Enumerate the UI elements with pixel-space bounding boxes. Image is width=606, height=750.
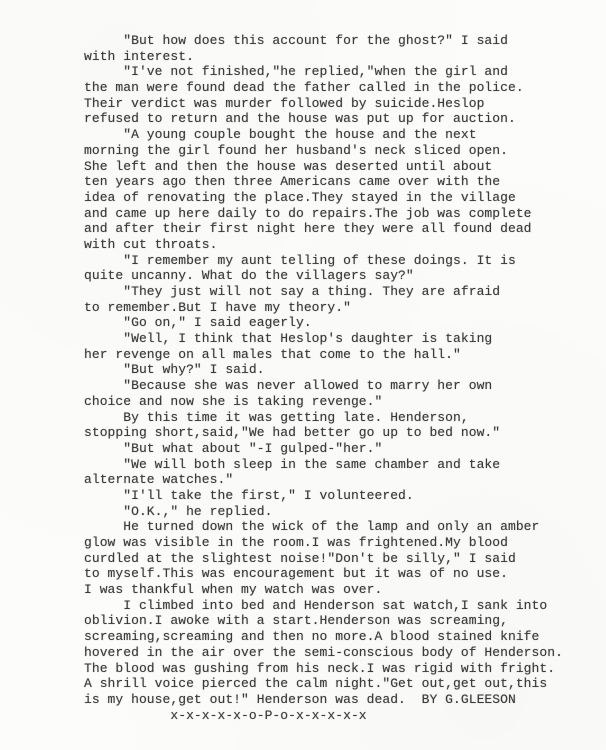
text-line: A shrill voice pierced the calm night."G… xyxy=(84,676,606,692)
text-line: glow was visible in the room.I was frigh… xyxy=(84,535,606,551)
text-line: and came up here daily to do repairs.The… xyxy=(84,206,606,222)
text-line: choice and now she is taking revenge." xyxy=(84,394,606,410)
text-line: ten years ago then three Americans came … xyxy=(84,174,606,190)
text-line: "Because she was never allowed to marry … xyxy=(84,378,606,394)
text-line: "A young couple bought the house and the… xyxy=(84,127,606,143)
text-line: with cut throats. xyxy=(84,237,606,253)
text-line: the man were found dead the father calle… xyxy=(84,80,606,96)
text-line: screaming,screaming and then no more.A b… xyxy=(84,629,606,645)
text-line: "O.K.," he replied. xyxy=(84,504,606,520)
text-line: Their verdict was murder followed by sui… xyxy=(84,96,606,112)
text-line: "We will both sleep in the same chamber … xyxy=(84,457,606,473)
text-line: alternate watches." xyxy=(84,472,606,488)
text-line: The blood was gushing from his neck.I wa… xyxy=(84,661,606,677)
text-line: to remember.But I have my theory." xyxy=(84,300,606,316)
text-line: morning the girl found her husband's nec… xyxy=(84,143,606,159)
text-line: "They just will not say a thing. They ar… xyxy=(84,284,606,300)
text-line: and after their first night here they we… xyxy=(84,221,606,237)
text-line: "But how does this account for the ghost… xyxy=(84,33,606,49)
text-line: "But why?" I said. xyxy=(84,362,606,378)
text-line: is my house,get out!" Henderson was dead… xyxy=(84,692,606,708)
text-line: stopping short,said,"We had better go up… xyxy=(84,425,606,441)
text-line: refused to return and the house was put … xyxy=(84,111,606,127)
text-line: He turned down the wick of the lamp and … xyxy=(84,519,606,535)
text-line: to myself.This was encouragement but it … xyxy=(84,566,606,582)
text-line: hovered in the air over the semi-conscio… xyxy=(84,645,606,661)
text-line: curdled at the slightest noise!"Don't be… xyxy=(84,551,606,567)
typewritten-text: "But how does this account for the ghost… xyxy=(84,33,606,723)
text-line: "Go on," I said eagerly. xyxy=(84,315,606,331)
text-line: "I'll take the first," I volunteered. xyxy=(84,488,606,504)
text-line: x-x-x-x-x-o-P-o-x-x-x-x-x xyxy=(84,708,606,724)
text-line: with interest. xyxy=(84,49,606,65)
text-line: idea of renovating the place.They stayed… xyxy=(84,190,606,206)
text-line: "Well, I think that Heslop's daughter is… xyxy=(84,331,606,347)
text-line: "I remember my aunt telling of these doi… xyxy=(84,253,606,269)
text-line: "I've not finished,"he replied,"when the… xyxy=(84,64,606,80)
text-line: "But what about "-I gulped-"her." xyxy=(84,441,606,457)
text-line: She left and then the house was deserted… xyxy=(84,159,606,175)
text-line: By this time it was getting late. Hender… xyxy=(84,410,606,426)
typewritten-page: "But how does this account for the ghost… xyxy=(0,0,606,750)
text-line: I was thankful when my watch was over. xyxy=(84,582,606,598)
text-line: oblivion.I awoke with a start.Henderson … xyxy=(84,613,606,629)
text-line: her revenge on all males that come to th… xyxy=(84,347,606,363)
text-line: quite uncanny. What do the villagers say… xyxy=(84,268,606,284)
text-line: I climbed into bed and Henderson sat wat… xyxy=(84,598,606,614)
